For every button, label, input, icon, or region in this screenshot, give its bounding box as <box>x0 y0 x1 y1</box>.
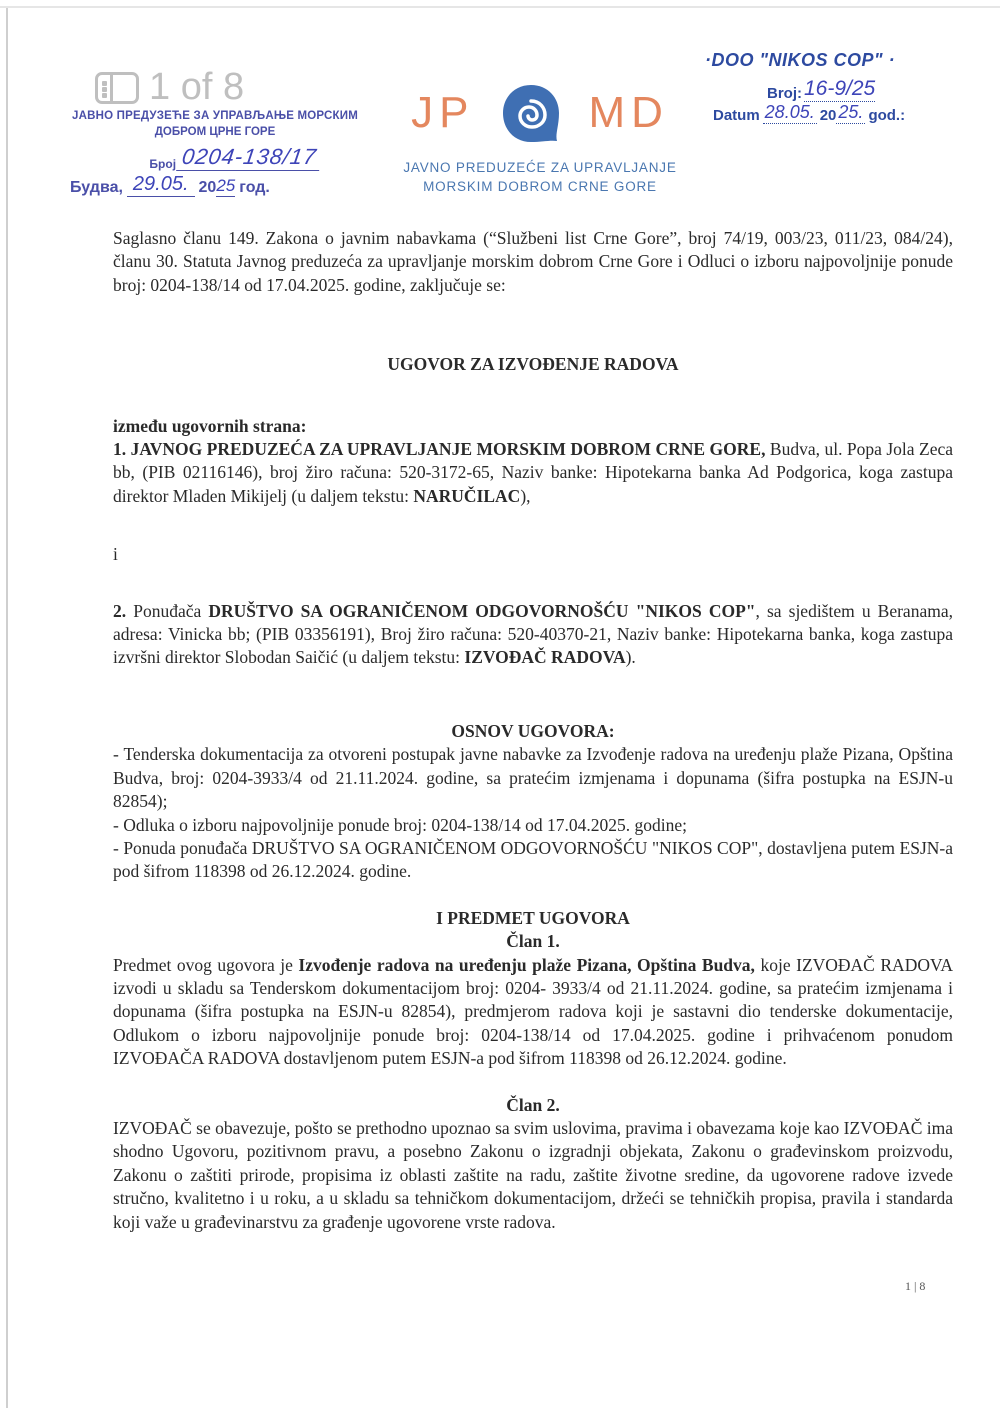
party-1-role: NARUČILAC <box>413 486 520 506</box>
section-1-heading: I PREDMET UGOVORA <box>113 907 953 930</box>
registry-stamp-right: ·DOO "NIKOS COP" · Broj: 16-9/25 Datum 2… <box>705 50 955 124</box>
page-edge <box>0 6 1000 8</box>
stamp-city: Будва, <box>70 179 123 197</box>
stamp-date-row: Будва, 29.05. 2025год. <box>70 173 360 197</box>
basis-item: - Odluka o izboru najpovoljnije ponude b… <box>113 814 953 837</box>
party-2-role: IZVOĐAČ RADOVA <box>464 647 625 667</box>
document-body: Saglasno članu 149. Zakona o javnim naba… <box>113 227 953 1234</box>
stamp-right-number-value: 16-9/25 <box>804 77 875 102</box>
stamp-right-date-row: Datum 28.05. 2025.god.: <box>713 102 955 124</box>
sidebar-icon[interactable] <box>95 72 139 104</box>
parties-heading: između ugovornih strana: <box>113 415 953 438</box>
basis-item: - Tenderska dokumentacija za otvoreni po… <box>113 743 953 813</box>
stamp-year-prefix: 20 <box>199 179 217 197</box>
stamp-org-line1: ЈАВНО ПРЕДУЗЕЋЕ ЗА УПРАВЉАЊЕ МОРСКИМ <box>70 110 360 122</box>
stamp-right-date-label: Datum <box>713 107 760 124</box>
article-2-heading: Član 2. <box>113 1094 953 1117</box>
stamp-right-year-prefix: 20 <box>820 107 837 124</box>
stamp-org-line2: ДОБРОМ ЦРНЕ ГОРЕ <box>70 126 360 138</box>
logo-subtitle-line2: MORSKIM DOBROM CRNE GORE <box>395 177 685 196</box>
article-1-heading: Član 1. <box>113 930 953 953</box>
stamp-right-number-label: Broj: <box>767 85 802 102</box>
contract-subject: Izvođenje radova na uređenju plaže Pizan… <box>298 955 755 975</box>
party-2: 2. Ponuđača DRUŠTVO SA OGRANIČENOM ODGOV… <box>113 600 953 670</box>
logo-subtitle-line1: JAVNO PREDUZEĆE ZA UPRAVLJANJE <box>395 158 685 177</box>
document-title: UGOVOR ZA IZVOĐENJE RADOVA <box>113 353 953 376</box>
stamp-date-value: 29.05. <box>127 173 195 197</box>
stamp-number-label: Број <box>149 157 176 171</box>
page-edge <box>6 8 8 1408</box>
conjunction: i <box>113 543 953 566</box>
registry-stamp-left: ЈАВНО ПРЕДУЗЕЋЕ ЗА УПРАВЉАЊЕ МОРСКИМ ДОБ… <box>70 110 360 197</box>
stamp-year-value: 25 <box>216 176 235 197</box>
stamp-right-year-value: 25. <box>836 102 865 124</box>
basis-heading: OSNOV UGOVORA: <box>113 720 953 743</box>
stamp-right-number-row: Broj: 16-9/25 <box>767 77 955 102</box>
party-2-name: DRUŠTVO SA OGRANIČENOM ODGOVORNOŠĆU "NIK… <box>208 601 755 621</box>
stamp-firm-name: ·DOO "NIKOS COP" · <box>705 50 955 71</box>
article-1-text: Predmet ovog ugovora je Izvođenje radova… <box>113 954 953 1071</box>
company-logo: JP MD JAVNO PREDUZEĆE ZA UPRAVLJANJE MOR… <box>395 82 685 196</box>
logo-letters-right: MD <box>588 88 668 138</box>
stamp-number-row: Број 0204-138/17 <box>70 144 360 171</box>
shell-icon <box>500 82 562 144</box>
page-indicator[interactable]: 1 of 8 <box>95 66 244 109</box>
page-number: 1 | 8 <box>905 1279 925 1294</box>
stamp-right-date-value: 28.05. <box>763 102 817 124</box>
party-1: 1. JAVNOG PREDUZEĆA ZA UPRAVLJANJE MORSK… <box>113 438 953 508</box>
page-indicator-label: 1 of 8 <box>149 66 244 109</box>
basis-item: - Ponuda ponuđača DRUŠTVO SA OGRANIČENOM… <box>113 837 953 884</box>
logo-letters-left: JP <box>411 88 474 138</box>
stamp-right-year-suffix: god.: <box>868 107 905 124</box>
article-2-text: IZVOĐAČ se obavezuje, pošto se prethodno… <box>113 1117 953 1234</box>
intro-paragraph: Saglasno članu 149. Zakona o javnim naba… <box>113 227 953 297</box>
stamp-year-suffix: год. <box>239 179 270 197</box>
stamp-number-value: 0204-138/17 <box>176 144 322 171</box>
party-1-name: 1. JAVNOG PREDUZEĆA ZA UPRAVLJANJE MORSK… <box>113 439 765 459</box>
